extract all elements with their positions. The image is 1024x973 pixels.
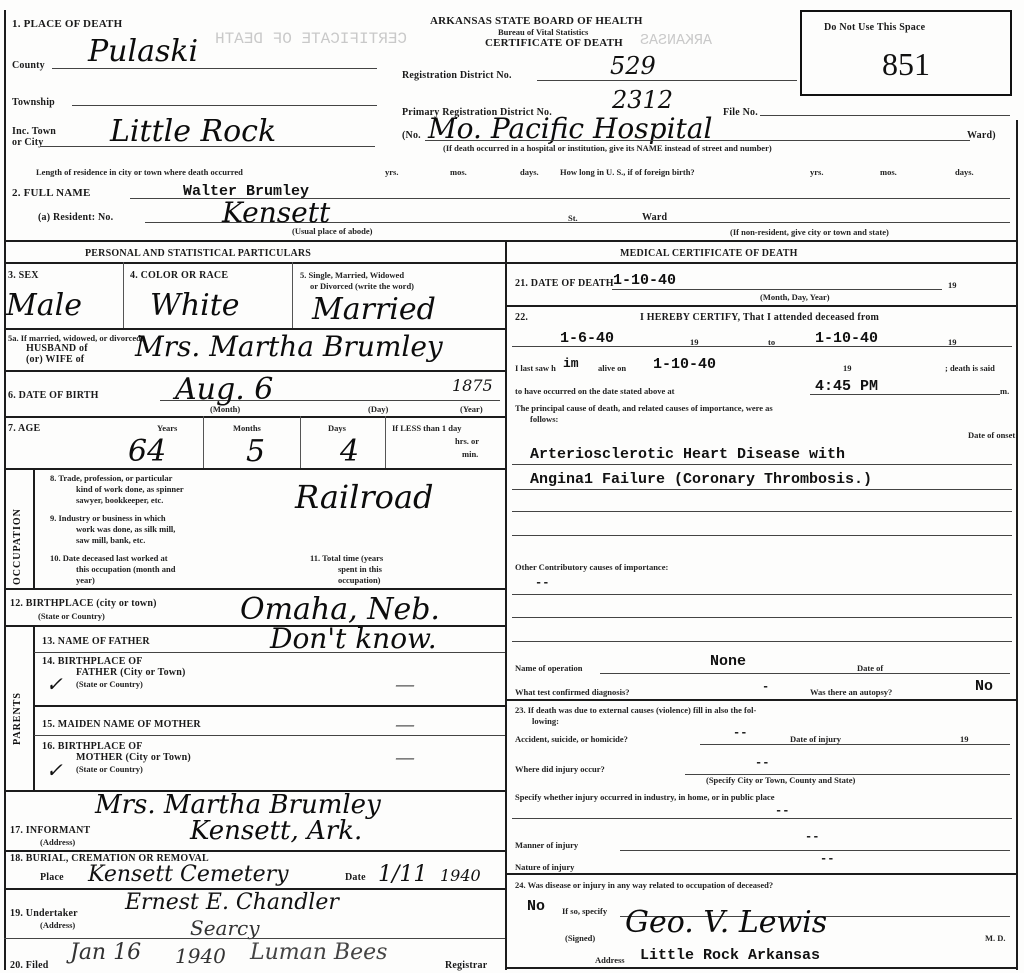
where-label: Where did injury occur? [515, 764, 605, 774]
contrib-rule-3 [512, 641, 1012, 642]
row-divider-14 [34, 705, 505, 707]
informant-address[interactable]: Kensett, Ark. [190, 816, 362, 846]
ward-suffix: Ward) [967, 130, 996, 141]
age-months-value[interactable]: 5 [246, 434, 265, 469]
less-than-label-2: hrs. or [455, 436, 479, 446]
cause-intro-1: The principal cause of death, and relate… [515, 403, 773, 413]
file-number-label: File No. [723, 107, 758, 118]
undertaker-address-label: (Address) [40, 920, 75, 930]
birthplace-label-2: (State or Country) [38, 611, 105, 621]
where-value[interactable]: -- [755, 756, 769, 770]
nonresident-note: (If non-resident, give city or town and … [730, 227, 889, 237]
total-time-label-3: occupation) [338, 575, 381, 585]
registration-district-value[interactable]: 529 [610, 52, 656, 80]
date-of-death-label: 21. DATE OF DEATH [515, 278, 614, 289]
abode-note: (Usual place of abode) [292, 226, 373, 236]
operation-value[interactable]: None [710, 653, 746, 670]
spouse-label-2: HUSBAND of [26, 343, 88, 354]
age-divider-2 [300, 416, 301, 468]
row-divider-13 [34, 652, 505, 653]
sex-divider [123, 262, 124, 328]
left-border [4, 10, 6, 970]
occupation-side-divider [33, 468, 35, 588]
checkmark-icon: ✓ [46, 672, 63, 696]
sex-label: 3. SEX [8, 270, 39, 281]
nature-value[interactable]: -- [820, 852, 834, 866]
signed-label: (Signed) [565, 933, 595, 943]
last-saw-pronoun[interactable]: im [563, 356, 579, 371]
mother-maiden-label: 15. MAIDEN NAME OF MOTHER [42, 719, 201, 730]
specify-label: Specify whether injury occurred in indus… [515, 792, 775, 802]
nature-label: Nature of injury [515, 862, 574, 872]
contrib-rule-1 [512, 594, 1012, 595]
age-label: 7. AGE [8, 423, 40, 434]
parents-side-divider [33, 625, 35, 790]
burial-date[interactable]: 1/11 [378, 862, 427, 887]
death-certificate: CERTIFICATE OF DEATH ARKANSAS 1. PLACE O… [0, 0, 1024, 973]
occurred-at-label: to have occurred on the date stated abov… [515, 386, 674, 396]
cause-line-4-rule [512, 535, 1012, 536]
mother-birthplace-value[interactable]: — [395, 745, 415, 769]
test-value[interactable]: - [762, 680, 769, 694]
industry-label-3: saw mill, bank, etc. [76, 535, 145, 545]
registration-district-label: Registration District No. [402, 70, 512, 81]
res-mos: mos. [450, 167, 467, 177]
burial-place[interactable]: Kensett Cemetery [88, 862, 289, 887]
birthplace-label-1: 12. BIRTHPLACE (city or town) [10, 598, 157, 609]
where-note: (Specify City or Town, County and State) [706, 775, 855, 785]
row-divider-19 [4, 938, 505, 939]
trade-label-3: sawyer, bookkeeper, etc. [76, 495, 163, 505]
foreign-birth-label: How long in U. S., if of foreign birth? [560, 167, 695, 177]
last-saw-label: I last saw h [515, 363, 556, 373]
filed-date[interactable]: Jan 16 [70, 940, 141, 965]
specify-line [512, 818, 1012, 819]
filed-label: 20. Filed [10, 960, 48, 971]
reg-district-line [537, 80, 797, 81]
checkmark-icon: ✓ [46, 758, 63, 782]
operation-line [600, 673, 1010, 674]
right-border [1016, 120, 1018, 970]
parents-side-label: PARENTS [12, 692, 23, 745]
dob-label: 6. DATE OF BIRTH [8, 390, 99, 401]
dob-month-note: (Month) [210, 404, 240, 414]
row-divider-21 [505, 305, 1017, 307]
mother-birthplace-label-1: 16. BIRTHPLACE OF [42, 741, 143, 752]
external-intro-1: 23. If death was due to external causes … [515, 705, 756, 715]
resident-value[interactable]: Kensett [222, 196, 330, 229]
township-line [72, 105, 377, 106]
father-birthplace-label-3: (State or Country) [76, 679, 143, 689]
autopsy-value[interactable]: No [975, 678, 993, 695]
sex-value[interactable]: Male [6, 288, 82, 323]
total-time-label-2: spent in this [338, 564, 382, 574]
time-of-death[interactable]: 4:45 PM [815, 378, 878, 395]
certify-text: I HEREBY CERTIFY, That I attended deceas… [640, 312, 879, 323]
street-label: St. [568, 213, 578, 223]
residence-length-label: Length of residence in city or town wher… [36, 167, 243, 177]
manner-value[interactable]: -- [805, 830, 819, 844]
operation-label: Name of operation [515, 663, 583, 673]
physician-signature: Geo. V. Lewis [625, 905, 827, 940]
father-name-value[interactable]: Don't know. [270, 622, 437, 655]
attended-to[interactable]: 1-10-40 [815, 330, 878, 347]
industry-label-2: work was done, as silk mill, [76, 524, 175, 534]
marital-label-1: 5. Single, Married, Widowed [300, 270, 404, 280]
us-days: days. [955, 167, 974, 177]
row-divider-11 [4, 588, 505, 590]
cause-line-2[interactable]: Angina1 Failure (Coronary Thrombosis.) [530, 471, 872, 488]
hospital-note: (If death occurred in a hospital or inst… [443, 143, 772, 153]
age-divider-1 [203, 416, 204, 468]
attended-line [512, 346, 1012, 347]
mother-birthplace-label-3: (State or Country) [76, 764, 143, 774]
bleed-through-board: ARKANSAS [640, 32, 712, 49]
county-label: County [12, 60, 45, 71]
manner-label: Manner of injury [515, 840, 578, 850]
dob-year-note: (Year) [460, 404, 483, 414]
alive-on-label: alive on [598, 363, 626, 373]
age-months-label: Months [233, 423, 261, 433]
file-number-line [760, 115, 1010, 116]
age-days-label: Days [328, 423, 346, 433]
race-value[interactable]: White [150, 288, 240, 323]
race-divider [292, 262, 293, 328]
undertaker-name[interactable]: Ernest E. Chandler [125, 890, 339, 915]
medical-title-divider [505, 262, 1017, 264]
informant-address-label: (Address) [40, 837, 75, 847]
less-than-label-3: min. [462, 449, 478, 459]
row-divider-22 [505, 699, 1017, 701]
dob-year[interactable]: 1875 [452, 376, 493, 395]
address-label: Address [595, 955, 625, 965]
row-divider-7 [4, 468, 505, 470]
specify-value[interactable]: -- [775, 804, 789, 818]
office-use-label: Do Not Use This Space [824, 22, 925, 33]
registrar-label: Registrar [445, 960, 487, 971]
city-label: Inc. Town or City [12, 126, 67, 148]
date-of-death-value[interactable]: 1-10-40 [613, 272, 676, 289]
dod-note: (Month, Day, Year) [760, 292, 830, 302]
cause-line-1[interactable]: Arteriosclerotic Heart Disease with [530, 446, 845, 463]
trade-label-2: kind of work done, as spinner [76, 484, 184, 494]
dob-day-note: (Day) [368, 404, 388, 414]
marital-value[interactable]: Married [312, 292, 436, 327]
resident-label: (a) Resident: No. [38, 212, 113, 223]
res-yrs: yrs. [385, 167, 398, 177]
burial-date-label: Date [345, 872, 366, 883]
personal-title-divider [4, 262, 505, 264]
street-line [425, 140, 970, 141]
cause-line-3-rule [512, 511, 1012, 512]
last-worked-label-3: year) [76, 575, 95, 585]
age-days-value[interactable]: 4 [340, 434, 359, 469]
occupation-related-label: 24. Was disease or injury in any way rel… [515, 880, 773, 890]
contributory-value[interactable]: -- [535, 576, 549, 590]
marital-label-2: or Divorced (write the word) [310, 281, 414, 291]
res-days: days. [520, 167, 539, 177]
burial-place-label: Place [40, 872, 64, 883]
spouse-value[interactable]: Mrs. Martha Brumley [135, 330, 443, 363]
informant-label: 17. INFORMANT [10, 825, 90, 836]
last-saw-date[interactable]: 1-10-40 [653, 356, 716, 373]
manner-line [620, 850, 1010, 851]
dod-line [612, 289, 942, 290]
father-birthplace-label-2: FATHER (City or Town) [76, 667, 186, 678]
personal-section-title: PERSONAL AND STATISTICAL PARTICULARS [85, 248, 311, 259]
row-divider-17 [4, 850, 505, 852]
mother-birthplace-label-2: MOTHER (City or Town) [76, 752, 191, 763]
contributory-label: Other Contributory causes of importance: [515, 562, 668, 572]
operation-date-label: Date of [857, 663, 883, 673]
physician-address[interactable]: Little Rock Arkansas [640, 947, 820, 964]
father-birthplace-label-1: 14. BIRTHPLACE OF [42, 656, 143, 667]
row-divider-23 [505, 873, 1017, 875]
occupation-related-answer[interactable]: No [527, 898, 545, 915]
last-worked-label-2: this occupation (month and [76, 564, 175, 574]
burial-year[interactable]: 1940 [440, 866, 481, 885]
occupation-side-label: OCCUPATION [12, 508, 23, 585]
street-prefix: (No. [402, 130, 421, 141]
dob-month-day[interactable]: Aug. 6 [175, 372, 273, 407]
father-birthplace-value[interactable]: — [395, 672, 415, 696]
medical-section-title: MEDICAL CERTIFICATE OF DEATH [620, 248, 798, 259]
test-label: What test confirmed diagnosis? [515, 687, 630, 697]
cause-intro-2: follows: [530, 414, 558, 424]
cause-line-2-rule [512, 489, 1012, 490]
age-divider-3 [385, 416, 386, 468]
total-time-label-1: 11. Total time (years [310, 553, 383, 563]
trade-label-1: 8. Trade, profession, or particular [50, 473, 172, 483]
place-of-death-label: 1. PLACE OF DEATH [12, 18, 122, 30]
bottom-rule [505, 967, 1017, 969]
age-years-value[interactable]: 64 [128, 434, 166, 469]
primary-registration-value[interactable]: 2312 [612, 86, 673, 114]
filed-year[interactable]: 1940 [175, 944, 226, 968]
certificate-title: CERTIFICATE OF DEATH [485, 37, 623, 49]
injury-date-label: Date of injury [790, 734, 841, 744]
city-value[interactable]: Little Rock [110, 114, 276, 149]
certificate-number: 851 [882, 46, 930, 83]
bleed-through-title: CERTIFICATE OF DEATH [215, 30, 407, 48]
certify-number: 22. [515, 312, 528, 323]
us-yrs: yrs. [810, 167, 823, 177]
header-divider [4, 240, 1018, 242]
us-mos: mos. [880, 167, 897, 177]
injury-19: 19 [960, 734, 969, 744]
if-so-label: If so, specify [562, 906, 607, 916]
office-use-box: Do Not Use This Space 851 [800, 10, 1012, 96]
age-years-label: Years [157, 423, 177, 433]
less-than-label-1: If LESS than 1 day [392, 423, 461, 433]
accident-value[interactable]: -- [733, 726, 747, 740]
column-divider [505, 240, 507, 970]
last-saw-19: 19 [843, 363, 852, 373]
county-value[interactable]: Pulaski [88, 34, 198, 69]
spouse-label-1: 5a. If married, widowed, or divorced, [8, 333, 143, 343]
spouse-label-3: (or) WIFE of [26, 354, 84, 365]
accident-label: Accident, suicide, or homicide? [515, 734, 628, 744]
m-suffix: m. [1000, 386, 1009, 396]
row-divider-6 [4, 416, 505, 418]
attended-from[interactable]: 1-6-40 [560, 330, 614, 347]
contrib-rule-2 [512, 617, 1012, 618]
accident-line [700, 744, 1010, 745]
last-worked-label-1: 10. Date deceased last worked at [50, 553, 168, 563]
autopsy-label: Was there an autopsy? [810, 687, 892, 697]
undertaker-label: 19. Undertaker [10, 908, 78, 919]
cause-line-1-rule [512, 464, 1012, 465]
dod-19: 19 [948, 280, 957, 290]
date-of-onset-label: Date of onset [968, 430, 1015, 440]
father-name-label: 13. NAME OF FATHER [42, 636, 150, 647]
row-divider-15 [34, 735, 505, 736]
external-intro-2: lowing: [532, 716, 559, 726]
full-name-label: 2. FULL NAME [12, 187, 91, 199]
death-said-label: ; death is said [945, 363, 995, 373]
registrar-signature: Luman Bees [250, 940, 387, 965]
bureau-title: Bureau of Vital Statistics [498, 27, 588, 37]
industry-label-1: 9. Industry or business in which [50, 513, 166, 523]
board-title: ARKANSAS STATE BOARD OF HEALTH [430, 15, 643, 27]
trade-value[interactable]: Railroad [295, 478, 434, 516]
md-label: M. D. [985, 933, 1006, 943]
mother-maiden-value[interactable]: — [395, 712, 415, 736]
time-line [810, 394, 1000, 395]
township-label: Township [12, 97, 55, 108]
undertaker-address[interactable]: Searcy [190, 916, 260, 940]
race-label: 4. COLOR OR RACE [130, 270, 228, 281]
ward-label: Ward [642, 212, 667, 223]
